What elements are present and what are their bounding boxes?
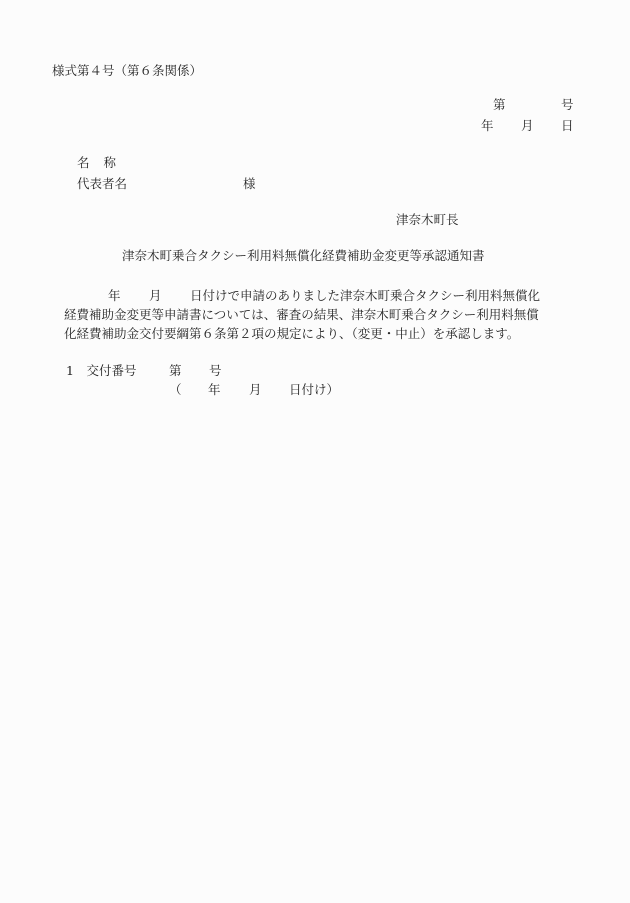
issuer-name: 津奈木町長 <box>396 214 459 227</box>
body-line-3: 化経費補助金交付要綱第６条第２項の規定により、（変更・中止）を承認します。 <box>64 328 519 341</box>
document-title: 津奈木町乗合タクシー利用料無償化経費補助金変更等承認通知書 <box>122 250 485 263</box>
item-date-month: 月 <box>249 384 262 397</box>
item-date-year: 年 <box>208 384 221 397</box>
addressee-name-label-2: 称 <box>104 155 117 170</box>
issue-date-month: 月 <box>521 120 534 133</box>
item-grant-number-suffix: 号 <box>209 365 222 378</box>
item-grant-number-label: 1 交付番号 <box>66 365 136 378</box>
addressee-name-label-1: 名 <box>77 155 90 170</box>
item-grant-number-prefix: 第 <box>169 365 182 378</box>
item-date-paren-open: （ <box>169 384 182 397</box>
item-date-suffix: 日付け） <box>289 384 339 397</box>
addressee-representative-label: 代表者名 <box>77 178 127 191</box>
reference-number-suffix: 号 <box>561 99 574 112</box>
issue-date-year: 年 <box>481 120 494 133</box>
body-month-blank: 月 <box>149 290 162 303</box>
form-number: 様式第４号（第６条関係） <box>52 65 202 78</box>
reference-number-prefix: 第 <box>493 99 506 112</box>
body-line-1: 日付けで申請のありました津奈木町乗合タクシー利用料無償化 <box>190 290 540 303</box>
document-page: { "document": { "form_number": "様式第４号（第６… <box>0 0 630 903</box>
issue-date-day: 日 <box>561 120 574 133</box>
addressee-honorific: 様 <box>243 178 256 191</box>
body-year-blank: 年 <box>108 290 121 303</box>
addressee-name-label: 名称 <box>77 157 116 170</box>
body-line-2: 経費補助金変更等申請書については、審査の結果、津奈木町乗合タクシー利用料無償 <box>64 309 539 322</box>
